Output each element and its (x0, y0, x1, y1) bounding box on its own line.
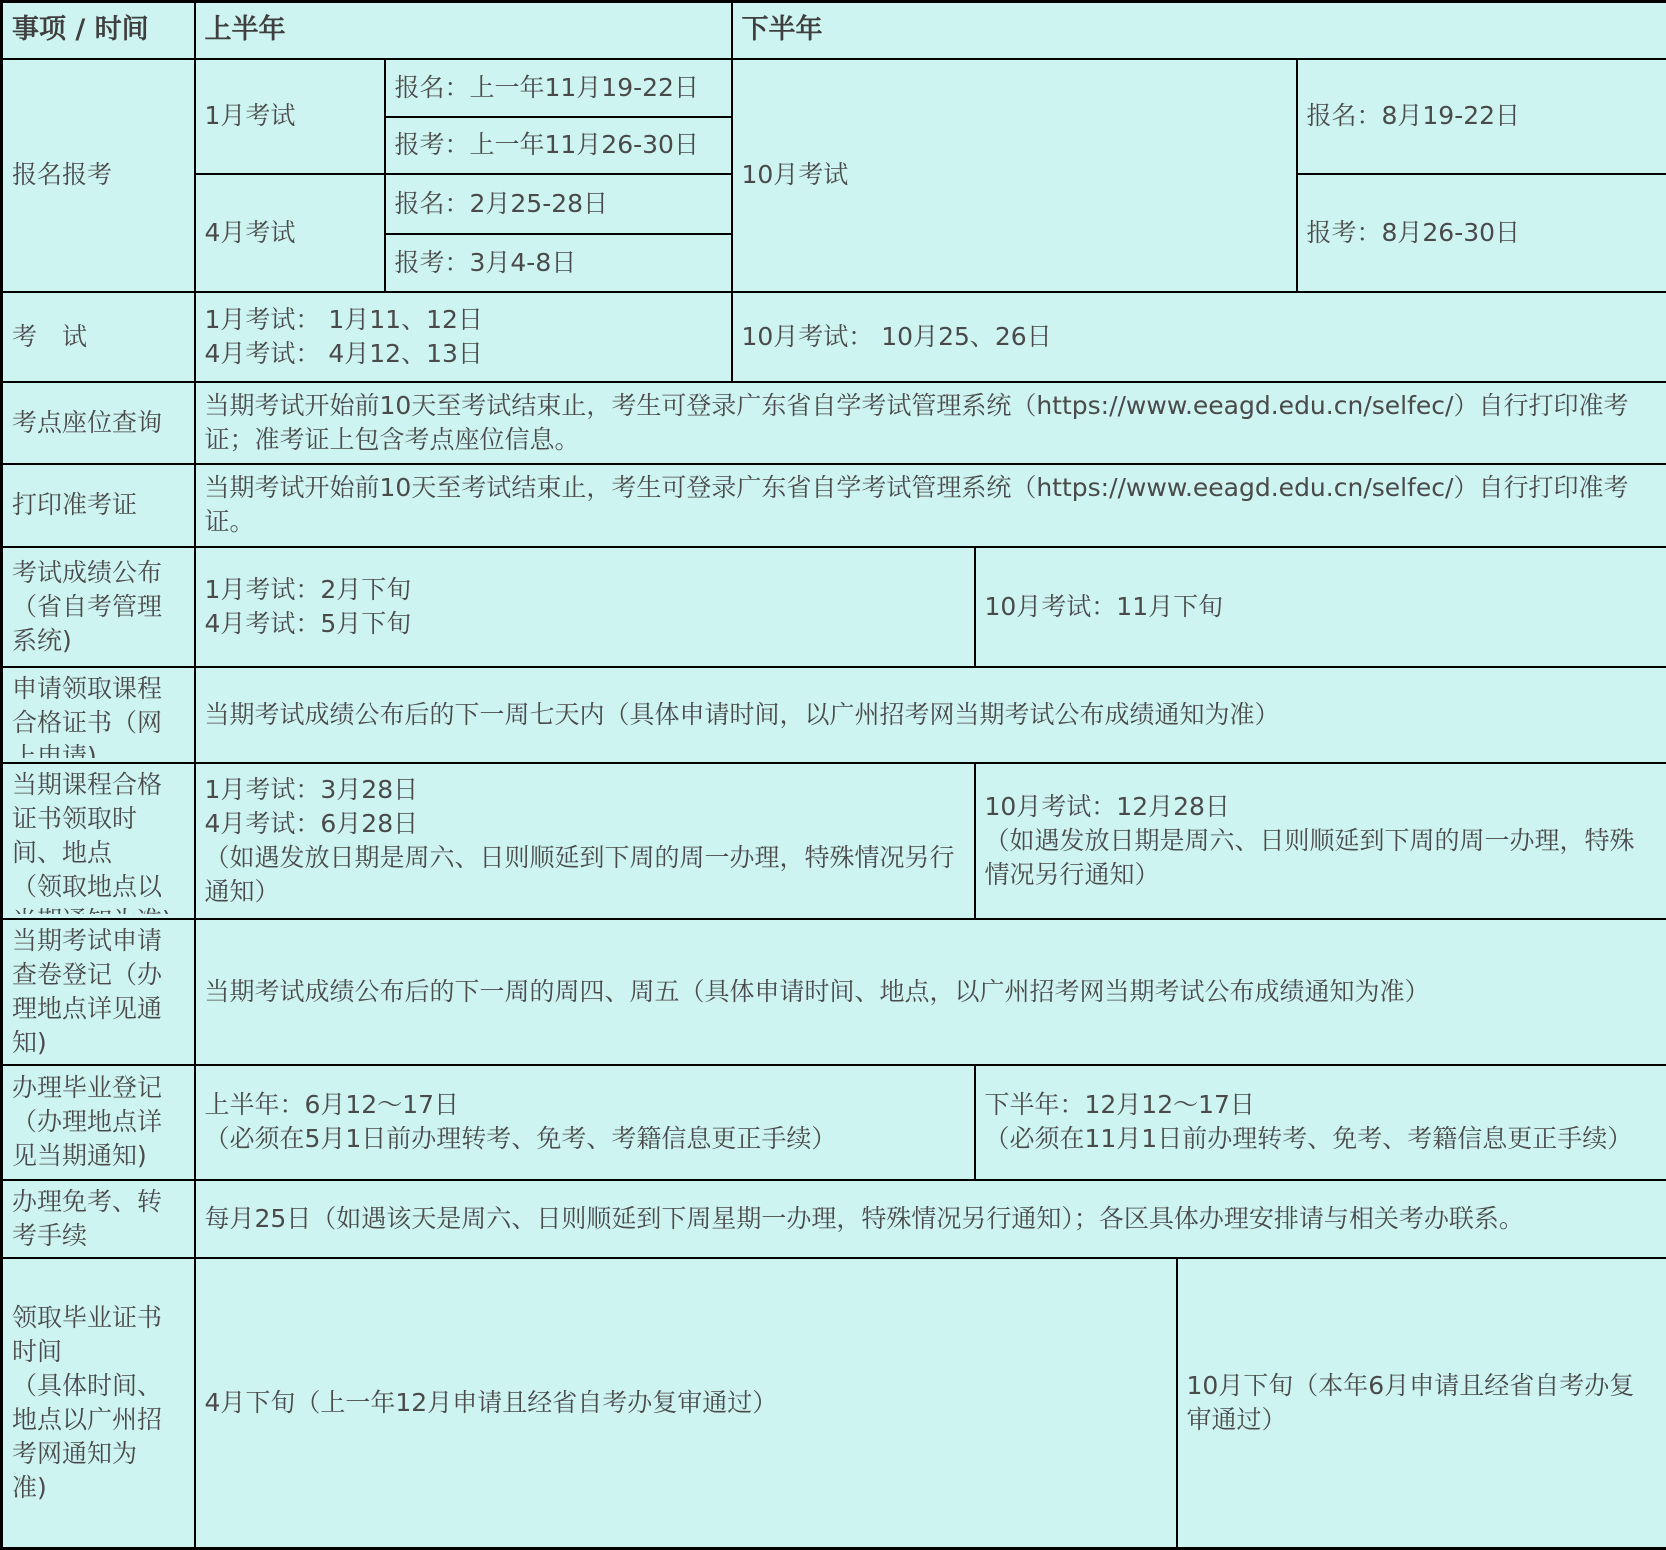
cert-pickup-label-cell: 当期课程合格 证书领取时 间、地点 （领取地点以 当期通知为准) (2, 763, 195, 919)
graduation-registration-label: 办理毕业登记 （办理地点详 见当期通知) (2, 1065, 195, 1180)
review-registration-text: 当期考试成绩公布后的下一周的周四、周五（具体申请时间、地点，以广州招考网当期考试… (195, 919, 1666, 1065)
apply-cert-label-cell: 申请领取课程 合格证书（网 上申请) (2, 667, 195, 763)
registration-oct-exam: 10月考试 (732, 59, 1297, 292)
row-review-registration: 当期考试申请 查卷登记（办 理地点详见通 知) 当期考试成绩公布后的下一周的周四… (2, 919, 1666, 1065)
row-seat-query: 考点座位查询 当期考试开始前10天至考试结束止，考生可登录广东省自学考试管理系统… (2, 382, 1666, 464)
registration-label: 报名报考 (2, 59, 195, 292)
exam-second-half: 10月考试： 10月25、26日 (732, 292, 1666, 382)
results-second-half: 10月考试：11月下旬 (975, 547, 1666, 667)
exam-schedule-page: 事项 / 时间 上半年 下半年 报名报考 1月考试 报名：上一年11月19-22… (0, 0, 1666, 1524)
header-first-half: 上半年 (195, 2, 732, 59)
diploma-pickup-label: 领取毕业证书 时间 （具体时间、 地点以广州招 考网通知为 准) (2, 1258, 195, 1549)
registration-jan-exam: 1月考试 (195, 59, 385, 174)
row-diploma-pickup: 领取毕业证书 时间 （具体时间、 地点以广州招 考网通知为 准) 4月下旬（上一… (2, 1258, 1666, 1549)
registration-oct-signup: 报名：8月19-22日 (1297, 59, 1666, 174)
registration-apr-apply: 报考：3月4-8日 (385, 234, 732, 292)
cert-pickup-second-half: 10月考试：12月28日 （如遇发放日期是周六、日则顺延到下周的周一办理，特殊情… (975, 763, 1666, 919)
apply-cert-label: 申请领取课程 合格证书（网 上申请) (12, 672, 184, 758)
header-item-time: 事项 / 时间 (2, 2, 195, 59)
registration-jan-apply: 报考：上一年11月26-30日 (385, 117, 732, 174)
graduation-registration-second-half: 下半年：12月12～17日 （必须在11月1日前办理转考、免考、考籍信息更正手续… (975, 1065, 1666, 1180)
exam-first-half: 1月考试： 1月11、12日 4月考试： 4月12、13日 (195, 292, 732, 382)
registration-oct-apply: 报考：8月26-30日 (1297, 174, 1666, 292)
review-registration-label: 当期考试申请 查卷登记（办 理地点详见通 知) (2, 919, 195, 1065)
registration-apr-signup: 报名：2月25-28日 (385, 174, 732, 234)
registration-apr-exam: 4月考试 (195, 174, 385, 292)
row-apply-cert: 申请领取课程 合格证书（网 上申请) 当期考试成绩公布后的下一周七天内（具体申请… (2, 667, 1666, 763)
exam-schedule-table: 事项 / 时间 上半年 下半年 报名报考 1月考试 报名：上一年11月19-22… (0, 0, 1666, 1550)
row-exam: 考 试 1月考试： 1月11、12日 4月考试： 4月12、13日 10月考试：… (2, 292, 1666, 382)
results-first-half: 1月考试：2月下旬 4月考试：5月下旬 (195, 547, 975, 667)
row-graduation-registration: 办理毕业登记 （办理地点详 见当期通知) 上半年：6月12～17日 （必须在5月… (2, 1065, 1666, 1180)
seat-query-label: 考点座位查询 (2, 382, 195, 464)
apply-cert-text: 当期考试成绩公布后的下一周七天内（具体申请时间，以广州招考网当期考试公布成绩通知… (195, 667, 1666, 763)
seat-query-text: 当期考试开始前10天至考试结束止，考生可登录广东省自学考试管理系统（https:… (195, 382, 1666, 464)
cert-pickup-label: 当期课程合格 证书领取时 间、地点 （领取地点以 当期通知为准) (12, 768, 184, 914)
diploma-pickup-first-half: 4月下旬（上一年12月申请且经省自考办复审通过） (195, 1258, 1177, 1549)
row-print-ticket: 打印准考证 当期考试开始前10天至考试结束止，考生可登录广东省自学考试管理系统（… (2, 464, 1666, 547)
print-ticket-label: 打印准考证 (2, 464, 195, 547)
registration-jan-signup: 报名：上一年11月19-22日 (385, 59, 732, 117)
diploma-pickup-second-half: 10月下旬（本年6月申请且经省自考办复审通过） (1177, 1258, 1666, 1549)
results-label: 考试成绩公布 （省自考管理 系统) (2, 547, 195, 667)
row-registration-1: 报名报考 1月考试 报名：上一年11月19-22日 10月考试 报名：8月19-… (2, 59, 1666, 117)
exam-label: 考 试 (2, 292, 195, 382)
header-second-half: 下半年 (732, 2, 1666, 59)
row-exemption-transfer: 办理免考、转 考手续 每月25日（如遇该天是周六、日则顺延到下周星期一办理，特殊… (2, 1180, 1666, 1258)
cert-pickup-first-half: 1月考试：3月28日 4月考试：6月28日 （如遇发放日期是周六、日则顺延到下周… (195, 763, 975, 919)
exemption-transfer-label: 办理免考、转 考手续 (2, 1180, 195, 1258)
header-row: 事项 / 时间 上半年 下半年 (2, 2, 1666, 59)
row-cert-pickup: 当期课程合格 证书领取时 间、地点 （领取地点以 当期通知为准) 1月考试：3月… (2, 763, 1666, 919)
row-results: 考试成绩公布 （省自考管理 系统) 1月考试：2月下旬 4月考试：5月下旬 10… (2, 547, 1666, 667)
exemption-transfer-text: 每月25日（如遇该天是周六、日则顺延到下周星期一办理，特殊情况另行通知）；各区具… (195, 1180, 1666, 1258)
graduation-registration-first-half: 上半年：6月12～17日 （必须在5月1日前办理转考、免考、考籍信息更正手续） (195, 1065, 975, 1180)
print-ticket-text: 当期考试开始前10天至考试结束止，考生可登录广东省自学考试管理系统（https:… (195, 464, 1666, 547)
